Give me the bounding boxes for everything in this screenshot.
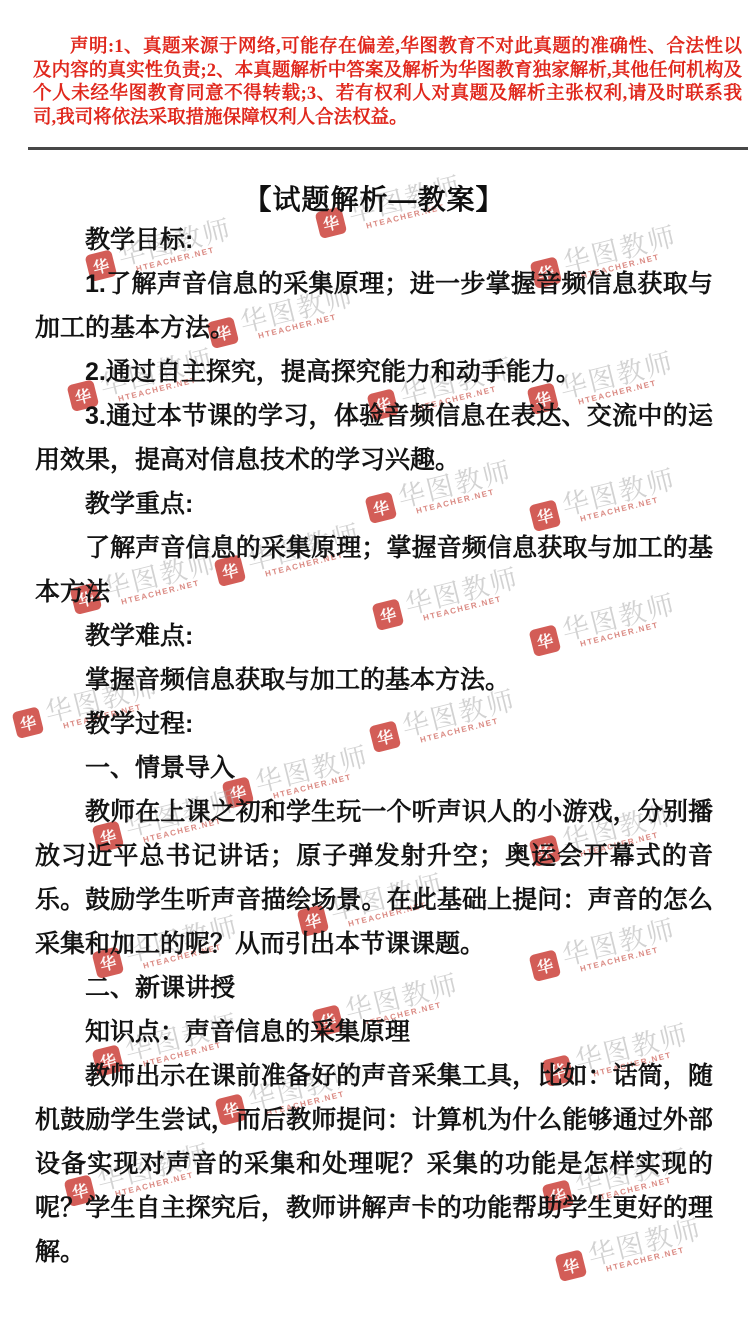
- paragraph: 教学重点:: [35, 482, 713, 526]
- paragraph: 教学难点:: [35, 614, 713, 658]
- paragraph: 知识点：声音信息的采集原理: [35, 1010, 713, 1054]
- document-page: 华华图教师HTEACHER.NET华华图教师HTEACHER.NET华华图教师H…: [0, 0, 748, 1335]
- page-title: 【试题解析—教案】: [0, 178, 748, 218]
- document-content: 声明:1、真题来源于网络,可能存在偏差,华图教育不对此真题的准确性、合法性以及内…: [0, 0, 748, 1335]
- paragraph: 教学目标:: [35, 218, 713, 262]
- paragraph: 二、新课讲授: [35, 966, 713, 1010]
- disclaimer-text: 1、真题来源于网络,可能存在偏差,华图教育不对此真题的准确性、合法性以及内容的真…: [33, 37, 742, 128]
- paragraph: 1.了解声音信息的采集原理；进一步掌握音频信息获取与加工的基本方法。: [35, 262, 713, 350]
- paragraph: 2.通过自主探究，提高探究能力和动手能力。: [35, 350, 713, 394]
- paragraph: 教师出示在课前准备好的声音采集工具，比如：话筒，随机鼓励学生尝试，而后教师提问：…: [35, 1054, 713, 1274]
- paragraph: 教学过程:: [35, 702, 713, 746]
- disclaimer: 声明:1、真题来源于网络,可能存在偏差,华图教育不对此真题的准确性、合法性以及内…: [33, 36, 742, 130]
- paragraph: 了解声音信息的采集原理；掌握音频信息获取与加工的基本方法: [35, 526, 713, 614]
- disclaimer-label: 声明:: [70, 37, 114, 57]
- separator-line: [28, 147, 748, 150]
- document-body: 教学目标:1.了解声音信息的采集原理；进一步掌握音频信息获取与加工的基本方法。2…: [35, 218, 713, 1274]
- paragraph: 教师在上课之初和学生玩一个听声识人的小游戏，分别播放习近平总书记讲话；原子弹发射…: [35, 790, 713, 966]
- paragraph: 掌握音频信息获取与加工的基本方法。: [35, 658, 713, 702]
- paragraph: 3.通过本节课的学习，体验音频信息在表达、交流中的运用效果，提高对信息技术的学习…: [35, 394, 713, 482]
- paragraph: 一、情景导入: [35, 746, 713, 790]
